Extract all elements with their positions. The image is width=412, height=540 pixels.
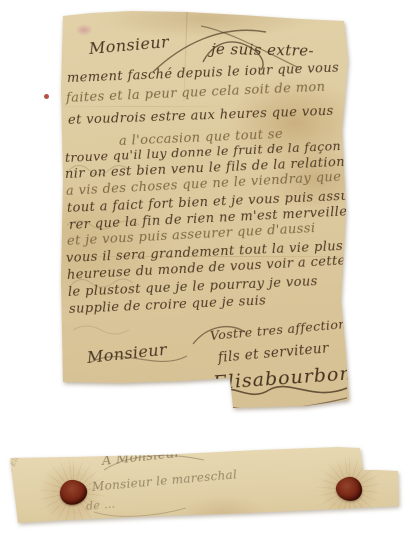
address-line: Monsieur le mareschal xyxy=(91,467,237,494)
letter-sheet-wrap: Monsieur je suis extre- mement fasché de… xyxy=(61,10,350,411)
closing-line: fils et serviteur xyxy=(217,340,329,366)
fold-crease-horizontal-2 xyxy=(61,106,221,107)
closing-line: Vostre tres affectionne xyxy=(209,315,363,343)
address-line: A Monsieur xyxy=(101,446,181,469)
salutation: Monsieur xyxy=(88,32,170,58)
address-line: de … xyxy=(85,497,115,512)
letter-sheet: Monsieur je suis extre- mement fasché de… xyxy=(61,10,350,411)
address-strip: A Monsieur Monsieur le mareschal de … Mm… xyxy=(8,446,400,526)
closing-salutation: Monsieur xyxy=(86,340,168,367)
red-ink-speck xyxy=(44,94,49,99)
photo-canvas: Monsieur je suis extre- mement fasché de… xyxy=(0,0,412,540)
side-annotation: Mme Elisab. … xyxy=(0,434,30,486)
body-line: et voudrois estre aux heures que vous xyxy=(68,104,334,128)
opening-line: je suis extre- xyxy=(211,40,314,60)
address-strip-wrap: A Monsieur Monsieur le mareschal de … Mm… xyxy=(8,446,400,526)
pink-stain xyxy=(75,24,93,36)
signature: Elisabourbon xyxy=(212,362,353,394)
